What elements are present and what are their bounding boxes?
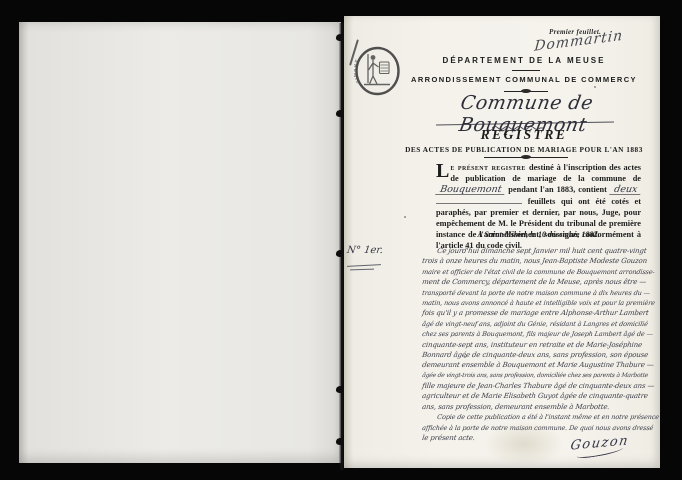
paper-smudge xyxy=(484,421,564,467)
handwritten-commune-insert: Bouquemont xyxy=(435,186,506,195)
divider-rule xyxy=(512,70,540,71)
arrondissement-heading: ARRONDISSEMENT COMMUNAL DE COMMERCY xyxy=(396,75,652,84)
act-line: fille majeure de Jean-Charles Thabure âg… xyxy=(421,382,656,392)
fiscal-timbre-stamp-icon: TIMBRE xyxy=(354,46,401,96)
registre-subtitle: DES ACTES DE PUBLICATION DE MARIAGE POUR… xyxy=(396,145,652,154)
svg-text:TIMBRE: TIMBRE xyxy=(354,58,361,84)
blank-line-fill xyxy=(436,195,522,204)
act-line: ans, sans profession, demeurant ensemble… xyxy=(421,403,656,413)
act-line: maire et officier de l'état civil de la … xyxy=(421,268,656,278)
margin-note-underline xyxy=(347,264,381,267)
act-line: chez ses parents à Bouquemont, fils maje… xyxy=(421,330,656,340)
mayor-signature: Gouzon xyxy=(568,433,630,458)
left-blank-page xyxy=(19,22,341,463)
registre-title: REGISTRE xyxy=(396,127,652,143)
act-line: agriculteur et de Marie Elisabeth Guyot … xyxy=(421,392,656,402)
departement-heading: DÉPARTEMENT DE LA MEUSE xyxy=(396,56,652,65)
right-register-page: TIMBRE Premier feuillet. Dommartin DÉPAR… xyxy=(344,16,660,468)
act-margin-number: N° 1er. xyxy=(346,245,388,256)
act-line: demeurant ensemble à Bouquemont et Marie… xyxy=(421,361,656,371)
act-line: Bonnard âgée de cinquante-deux ans, sans… xyxy=(421,351,656,361)
paper-speck xyxy=(404,216,406,218)
handwritten-count-insert: deux xyxy=(609,186,642,195)
act-line: Ce jourd'hui dimanche sept Janvier mil h… xyxy=(421,247,656,257)
act-line: fois qu'il y a promesse de mariage entre… xyxy=(421,309,656,319)
handwritten-act-body: Ce jourd'hui dimanche sept Janvier mil h… xyxy=(422,247,656,444)
act-line: cinquante-sept ans, instituteur en retra… xyxy=(421,341,656,351)
preamble-opening: e présent registre xyxy=(450,163,529,172)
act-line: trois à onze heures du matin, nous Jean-… xyxy=(421,257,656,267)
preamble-text-3: feuillets qui ont été cotés et paraphés,… xyxy=(436,197,641,249)
dateline: A Saint-Mihiel, le 10 décembre 1882. xyxy=(436,230,641,239)
act-line: ment de Commercy, département de la Meus… xyxy=(421,278,656,288)
ornament-rule xyxy=(484,157,568,158)
stamp-figure xyxy=(364,54,390,85)
margin-note-underline xyxy=(350,269,374,271)
act-line: âgée de vingt-trois ans, sans profession… xyxy=(421,372,656,382)
act-line: âgé de vingt-neuf ans, adjoint du Génie,… xyxy=(421,320,656,330)
document-photo: TIMBRE Premier feuillet. Dommartin DÉPAR… xyxy=(0,0,682,480)
dropcap-letter: L xyxy=(436,163,449,180)
preamble-text-2: pendant l'an 1883, contient xyxy=(505,185,610,194)
paper-speck xyxy=(594,86,596,88)
paper-speck xyxy=(464,356,466,358)
act-line: transporté devant la porte de notre mais… xyxy=(421,289,656,299)
stamp-label: TIMBRE xyxy=(354,58,361,84)
act-line: matin, nous avons annoncé à haute et int… xyxy=(421,299,656,309)
